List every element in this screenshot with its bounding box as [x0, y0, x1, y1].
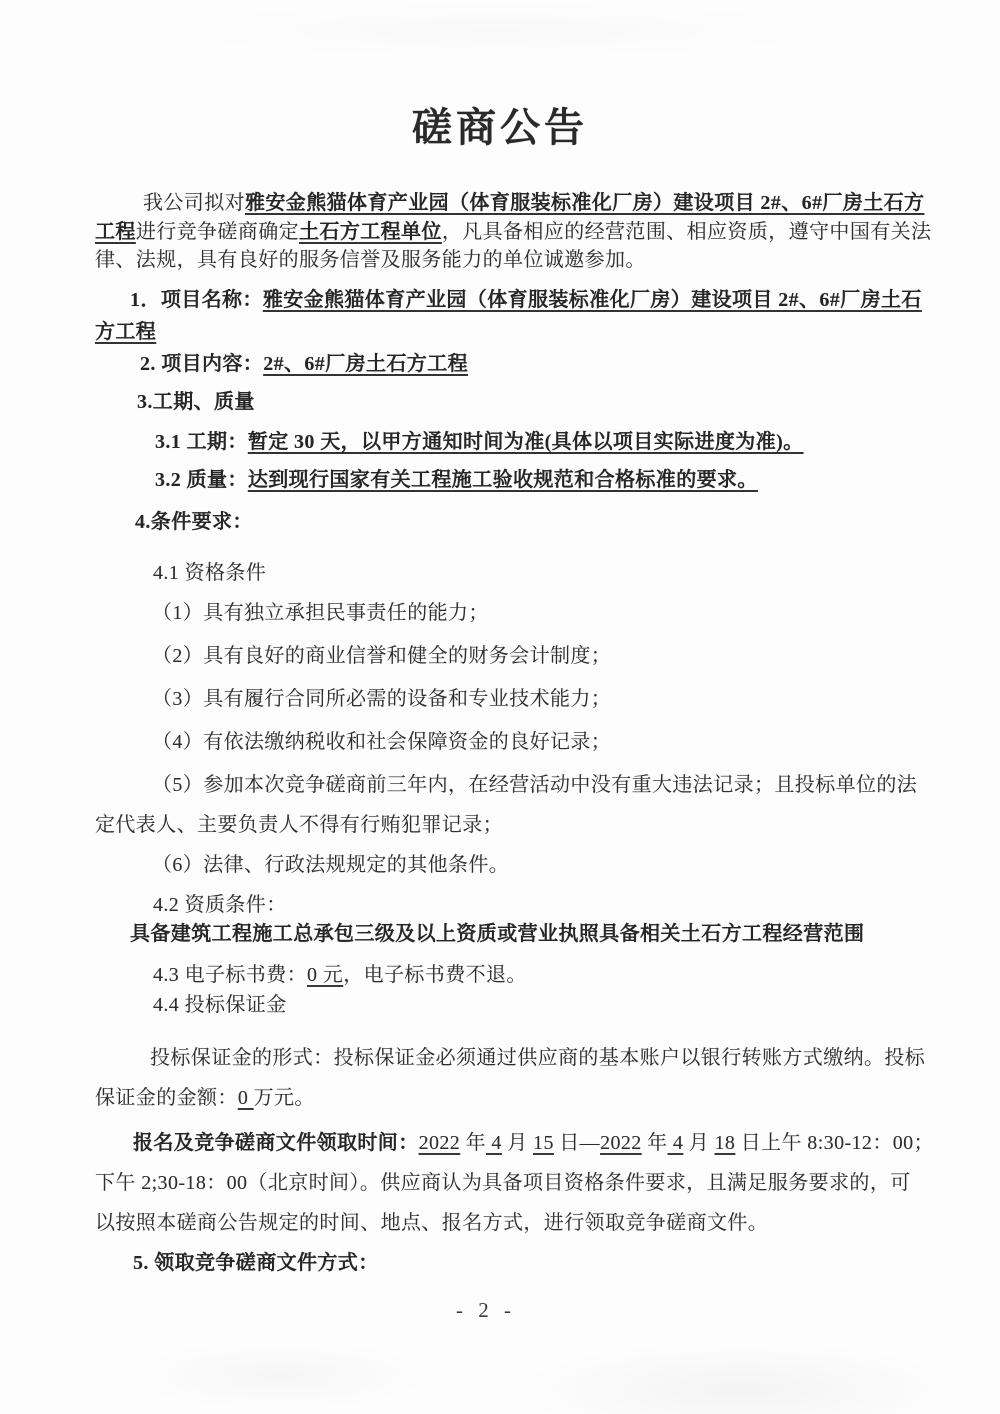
- text-segment: 4: [667, 1132, 683, 1154]
- text-segment: 项目名称：: [161, 289, 263, 311]
- doc-line-bond-1: 投标保证金的形式：投标保证金必须通过供应商的基本账户以银行转账方式缴纳。投标: [150, 1043, 925, 1073]
- doc-line-cond-3: （3）具有履行合同所必需的设备和专业技术能力；: [152, 684, 611, 714]
- text-segment: 保证金的金额：: [95, 1087, 238, 1109]
- text-segment: 日上午 8:30-12：00；: [735, 1132, 934, 1154]
- doc-line-item-4-3: 4.3 电子标书费：0 元，电子标书费不退。: [153, 960, 527, 990]
- text-segment: （2）具有良好的商业信誉和健全的财务会计制度；: [152, 645, 611, 667]
- doc-line-cond-1: （1）具有独立承担民事责任的能力；: [152, 598, 489, 628]
- text-segment: 4.2 资质条件：: [153, 894, 287, 916]
- text-segment: 2.: [140, 353, 161, 375]
- text-segment: 达到现行国家有关工程施工验收规范和合格标准的要求。: [248, 469, 758, 491]
- text-segment: （3）具有履行合同所必需的设备和专业技术能力；: [152, 688, 611, 710]
- doc-line-intro-3: 律、法规，具有良好的服务信誉及服务能力的单位诚邀参加。: [95, 245, 646, 275]
- doc-line-item-4-1: 4.1 资格条件: [153, 558, 266, 588]
- scanned-page: 磋商公告 我公司拟对雅安金熊猫体育产业园（体育服装标准化厂房）建设项目 2#、6…: [0, 0, 1000, 1414]
- doc-line-item-5: 5. 领取竞争磋商文件方式：: [133, 1248, 379, 1278]
- doc-line-item-1: 1．项目名称：雅安金熊猫体育产业园（体育服装标准化厂房）建设项目 2#、6#厂房…: [130, 285, 922, 315]
- text-segment: 2022: [419, 1132, 461, 1154]
- text-segment: 土石方工程单位: [299, 221, 442, 243]
- text-segment: （6）法律、行政法规规定的其他条件。: [152, 854, 509, 876]
- text-segment: 5.: [133, 1252, 154, 1274]
- doc-line-bond-2: 保证金的金额：0 万元。: [95, 1083, 315, 1113]
- text-segment: 领取竞争磋商文件方式：: [154, 1252, 378, 1274]
- page-title: 磋商公告: [0, 96, 1000, 153]
- text-segment: 2#、6#厂房土石方工程: [263, 353, 468, 375]
- text-segment: 4: [486, 1132, 502, 1154]
- text-segment: 3.2 质量：: [155, 469, 248, 491]
- text-segment: 月: [683, 1132, 714, 1154]
- text-segment: ，凡具备相应的经营范围、相应资质，遵守中国有关法: [442, 221, 932, 243]
- text-segment: 下午 2;30-18：00（北京时间）。供应商认为具备项目资格条件要求，且满足服…: [95, 1172, 911, 1194]
- text-segment: 方工程: [95, 321, 156, 343]
- page-number: - 2 -: [0, 1298, 972, 1323]
- doc-line-cond-6: （6）法律、行政法规规定的其他条件。: [152, 850, 509, 880]
- text-segment: 3.1 工期：: [155, 431, 248, 453]
- text-segment: 雅安金熊猫体育产业园（体育服装标准化厂房）建设项目 2#、6#厂房土石方: [245, 192, 924, 214]
- text-segment: 3.工期、质量: [137, 391, 255, 413]
- text-segment: 万元。: [254, 1087, 315, 1109]
- text-segment: 年: [460, 1132, 486, 1154]
- doc-line-intro-2: 工程进行竞争磋商确定土石方工程单位，凡具备相应的经营范围、相应资质，遵守中国有关…: [95, 217, 931, 247]
- doc-line-item-4-2: 4.2 资质条件：: [153, 890, 287, 920]
- doc-line-item-4-4: 4.4 投标保证金: [153, 990, 287, 1020]
- text-segment: 投标保证金的形式：投标保证金必须通过供应商的基本账户以银行转账方式缴纳。投标: [150, 1047, 925, 1069]
- doc-line-cond-2: （2）具有良好的商业信誉和健全的财务会计制度；: [152, 641, 611, 671]
- doc-line-cond-5-cont: 定代表人、主要负责人不得有行贿犯罪记录；: [95, 810, 503, 840]
- doc-line-item-2: 2. 项目内容：2#、6#厂房土石方工程: [140, 349, 468, 379]
- doc-line-intro-1: 我公司拟对雅安金熊猫体育产业园（体育服装标准化厂房）建设项目 2#、6#厂房土石…: [143, 188, 924, 218]
- text-segment: （1）具有独立承担民事责任的能力；: [152, 602, 489, 624]
- text-segment: （5）参加本次竞争磋商前三年内，在经营活动中没有重大违法记录；且投标单位的法: [152, 774, 917, 796]
- doc-line-time-2: 下午 2;30-18：00（北京时间）。供应商认为具备项目资格条件要求，且满足服…: [95, 1168, 911, 1198]
- doc-line-cond-4: （4）有依法缴纳税收和社会保障资金的良好记录；: [152, 727, 611, 757]
- text-segment: 18: [715, 1132, 736, 1154]
- text-segment: ，电子标书费不退。: [343, 964, 527, 986]
- doc-line-cond-5: （5）参加本次竞争磋商前三年内，在经营活动中没有重大违法记录；且投标单位的法: [152, 770, 917, 800]
- text-segment: 进行竞争磋商确定: [136, 221, 299, 243]
- text-segment: 日—: [554, 1132, 600, 1154]
- doc-line-time-1: 报名及竞争磋商文件领取时间：2022 年 4 月 15 日—2022 年 4 月…: [133, 1128, 934, 1158]
- doc-line-item-3: 3.工期、质量: [137, 387, 255, 417]
- text-segment: 律、法规，具有良好的服务信誉及服务能力的单位诚邀参加。: [95, 249, 646, 271]
- text-segment: 报名及竞争磋商文件领取时间：: [133, 1132, 419, 1154]
- text-segment: 4.3 电子标书费：: [153, 964, 307, 986]
- doc-line-item-3-2: 3.2 质量：达到现行国家有关工程施工验收规范和合格标准的要求。: [155, 465, 758, 495]
- text-segment: 工程: [95, 221, 136, 243]
- text-segment: 年: [642, 1132, 668, 1154]
- text-segment: 15: [533, 1132, 554, 1154]
- text-segment: 以按照本磋商公告规定的时间、地点、报名方式，进行领取竞争磋商文件。: [95, 1212, 768, 1234]
- text-segment: 暂定 30 天，以甲方通知时间为准(具体以项目实际进度为准)。: [248, 431, 804, 453]
- text-segment: 我公司拟对: [143, 192, 245, 214]
- doc-line-item-4: 4.条件要求：: [135, 507, 253, 537]
- text-segment: 4.4 投标保证金: [153, 994, 287, 1016]
- text-segment: 定代表人、主要负责人不得有行贿犯罪记录；: [95, 814, 503, 836]
- doc-line-item-3-1: 3.1 工期：暂定 30 天，以甲方通知时间为准(具体以项目实际进度为准)。: [155, 427, 804, 457]
- text-segment: 4.条件要求：: [135, 511, 253, 533]
- text-segment: 雅安金熊猫体育产业园（体育服装标准化厂房）建设项目 2#、6#厂房土石: [263, 289, 922, 311]
- doc-line-time-3: 以按照本磋商公告规定的时间、地点、报名方式，进行领取竞争磋商文件。: [95, 1208, 768, 1238]
- doc-line-item-4-2-req: 具备建筑工程施工总承包三级及以上资质或营业执照具备相关土石方工程经营范围: [130, 919, 864, 949]
- text-segment: 月: [502, 1132, 533, 1154]
- text-segment: 项目内容：: [161, 353, 263, 375]
- text-segment: 0 元: [307, 964, 343, 986]
- text-segment: 2022: [600, 1132, 642, 1154]
- text-segment: 4.1 资格条件: [153, 562, 266, 584]
- text-segment: 0: [238, 1087, 254, 1109]
- text-segment: （4）有依法缴纳税收和社会保障资金的良好记录；: [152, 731, 611, 753]
- text-segment: 1．: [130, 289, 161, 311]
- doc-line-item-1-cont: 方工程: [95, 317, 156, 347]
- text-segment: 具备建筑工程施工总承包三级及以上资质或营业执照具备相关土石方工程经营范围: [130, 923, 864, 945]
